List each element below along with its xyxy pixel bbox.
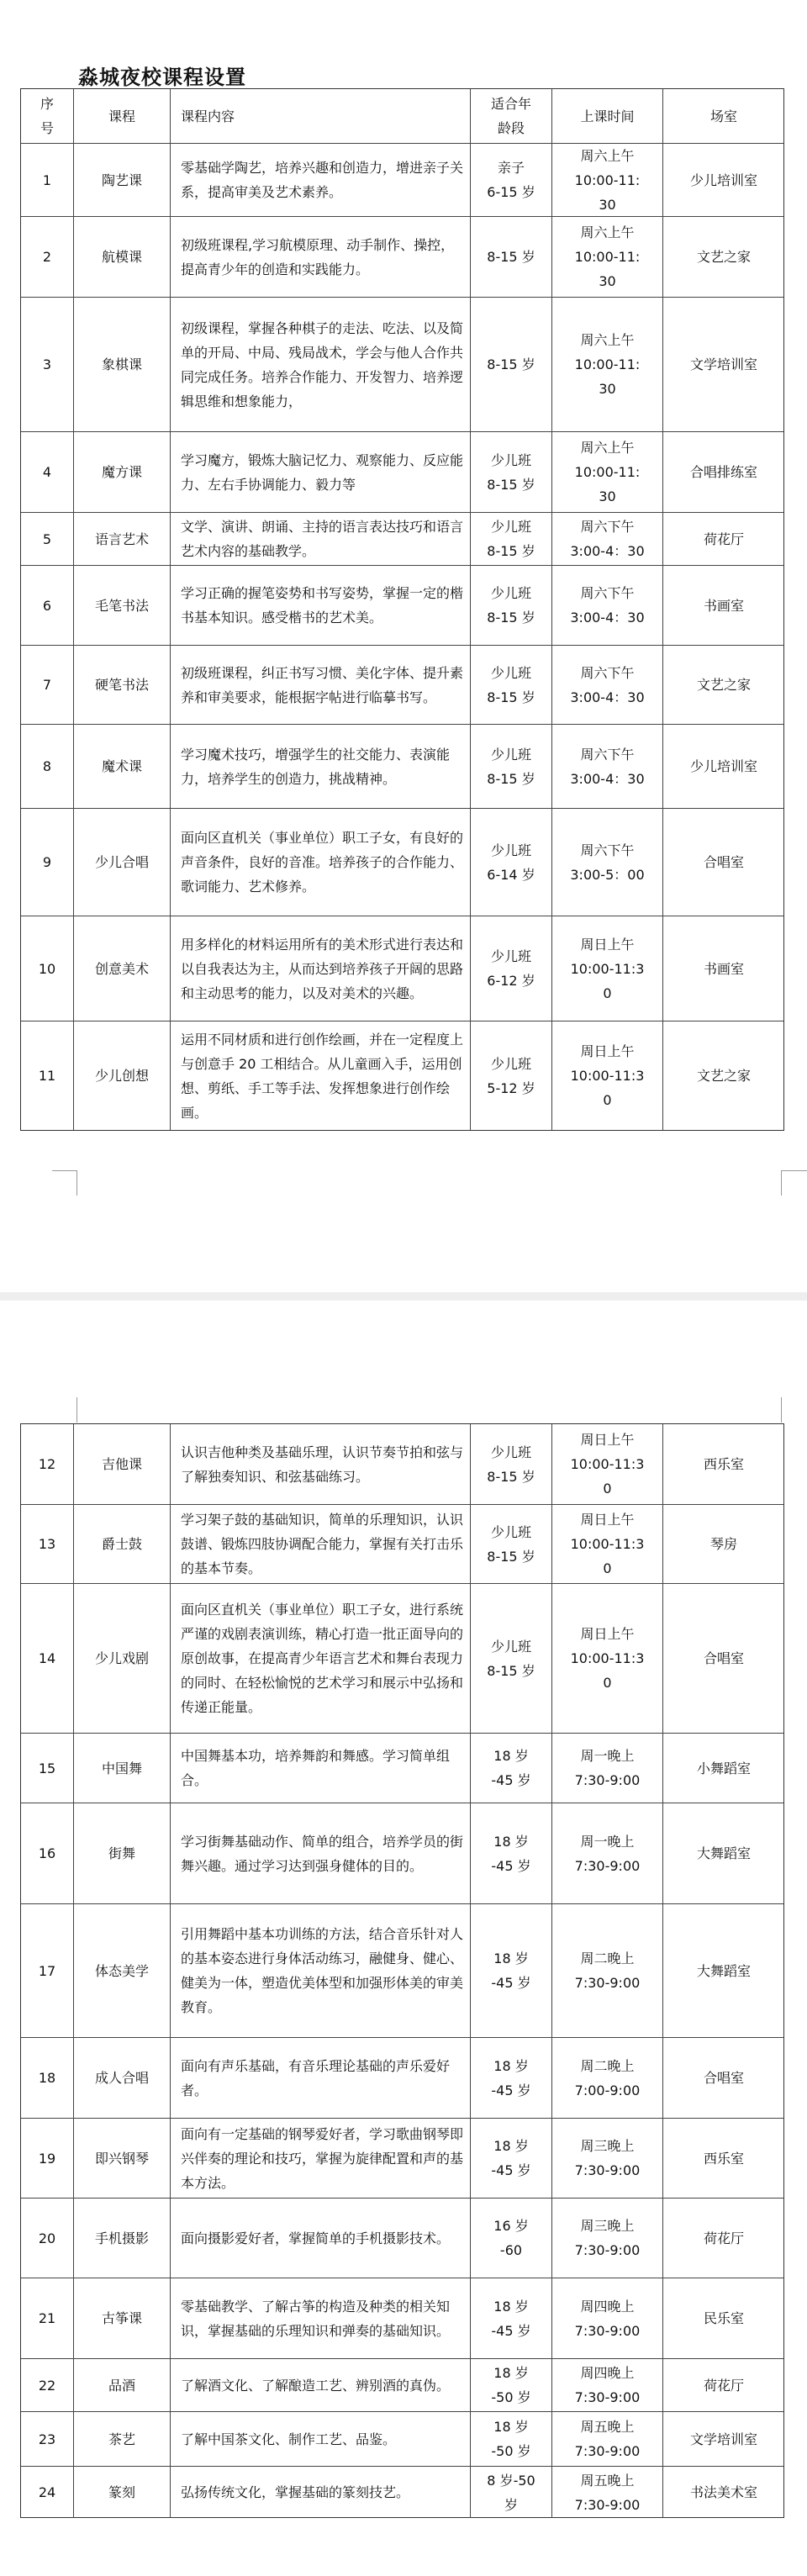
row-course: 魔术课 bbox=[73, 725, 170, 808]
row-index: 13 bbox=[21, 1505, 73, 1583]
page-break-separator bbox=[0, 1292, 807, 1301]
row-time: 周日上午 10:00-11:3 0 bbox=[551, 1021, 662, 1130]
row-course: 创意美术 bbox=[73, 916, 170, 1021]
row-index: 16 bbox=[21, 1803, 73, 1903]
row-room: 文学培训室 bbox=[662, 2412, 784, 2466]
row-room: 合唱室 bbox=[662, 809, 784, 916]
table-row: 1 陶艺课 零基础学陶艺，培养兴趣和创造力，增进亲子关系，提高审美及艺术素养。 … bbox=[21, 143, 783, 216]
row-content: 中国舞基本功，培养舞韵和舞感。学习简单组合。 bbox=[170, 1734, 470, 1803]
row-content: 零基础学陶艺，培养兴趣和创造力，增进亲子关系，提高审美及艺术素养。 bbox=[170, 144, 470, 216]
row-time: 周四晚上 7:30-9:00 bbox=[551, 2359, 662, 2411]
row-content: 引用舞蹈中基本功训练的方法，结合音乐针对人的基本姿态进行身体活动练习，融健身、健… bbox=[170, 1904, 470, 2037]
row-content: 了解中国茶文化、制作工艺、品鉴。 bbox=[170, 2412, 470, 2466]
row-age: 少儿班 8-15 岁 bbox=[470, 1505, 551, 1583]
table-row: 19 即兴钢琴 面向有一定基础的钢琴爱好者，学习歌曲钢琴即兴伴奏的理论和技巧，掌… bbox=[21, 2118, 783, 2198]
row-index: 12 bbox=[21, 1424, 73, 1504]
row-age: 少儿班 6-14 岁 bbox=[470, 809, 551, 916]
row-content: 初级课程，掌握各种棋子的走法、吃法、以及简单的开局、中局、残局战术，学会与他人合… bbox=[170, 298, 470, 431]
row-index: 22 bbox=[21, 2359, 73, 2411]
table-row: 14 少儿戏剧 面向区直机关（事业单位）职工子女，进行系统严谨的戏剧表演训练，精… bbox=[21, 1583, 783, 1733]
table-row: 17 体态美学 引用舞蹈中基本功训练的方法，结合音乐针对人的基本姿态进行身体活动… bbox=[21, 1903, 783, 2037]
table-row: 12 吉他课 认识吉他种类及基础乐理，认识节奏节拍和弦与了解独奏知识、和弦基础练… bbox=[21, 1424, 783, 1504]
row-age: 16 岁 -60 bbox=[470, 2199, 551, 2278]
row-index: 17 bbox=[21, 1904, 73, 2037]
row-content: 文学、演讲、朗诵、主持的语言表达技巧和语言艺术内容的基础教学。 bbox=[170, 513, 470, 565]
row-room: 荷花厅 bbox=[662, 513, 784, 565]
row-time: 周四晚上 7:30-9:00 bbox=[551, 2278, 662, 2358]
row-content: 学习街舞基础动作、简单的组合，培养学员的街舞兴趣。通过学习达到强身健体的目的。 bbox=[170, 1803, 470, 1903]
row-course: 少儿戏剧 bbox=[73, 1584, 170, 1733]
row-course: 航模课 bbox=[73, 217, 170, 297]
row-course: 语言艺术 bbox=[73, 513, 170, 565]
row-room: 书画室 bbox=[662, 916, 784, 1021]
row-index: 1 bbox=[21, 144, 73, 216]
header-course: 课程 bbox=[73, 89, 170, 143]
row-age: 少儿班 8-15 岁 bbox=[470, 566, 551, 645]
row-time: 周六上午 10:00-11: 30 bbox=[551, 144, 662, 216]
row-time: 周日上午 10:00-11:3 0 bbox=[551, 1424, 662, 1504]
row-content: 学习正确的握笔姿势和书写姿势，掌握一定的楷书基本知识。感受楷书的艺术美。 bbox=[170, 566, 470, 645]
row-index: 15 bbox=[21, 1734, 73, 1803]
row-course: 手机摄影 bbox=[73, 2199, 170, 2278]
row-index: 19 bbox=[21, 2119, 73, 2198]
header-room: 场室 bbox=[662, 89, 784, 143]
row-course: 品酒 bbox=[73, 2359, 170, 2411]
row-index: 4 bbox=[21, 432, 73, 512]
row-room: 合唱室 bbox=[662, 1584, 784, 1733]
row-room: 荷花厅 bbox=[662, 2199, 784, 2278]
row-content: 初级班课程，纠正书写习惯、美化字体、提升素养和审美要求，能根据字帖进行临摹书写。 bbox=[170, 646, 470, 724]
row-content: 运用不同材质和进行创作绘画，并在一定程度上与创意手 20 工相结合。从儿童画入手… bbox=[170, 1021, 470, 1130]
header-index: 序 号 bbox=[21, 89, 73, 143]
row-age: 18 岁 -45 岁 bbox=[470, 2278, 551, 2358]
page-corner-mark bbox=[52, 1397, 77, 1423]
row-index: 9 bbox=[21, 809, 73, 916]
row-content: 零基础教学、了解古筝的构造及种类的相关知识，掌握基础的乐理知识和弹奏的基础知识。 bbox=[170, 2278, 470, 2358]
row-course: 篆刻 bbox=[73, 2467, 170, 2518]
row-age: 少儿班 8-15 岁 bbox=[470, 1584, 551, 1733]
row-content: 认识吉他种类及基础乐理，认识节奏节拍和弦与了解独奏知识、和弦基础练习。 bbox=[170, 1424, 470, 1504]
page-title: 淼城夜校课程设置 bbox=[78, 61, 246, 90]
table-row: 21 古筝课 零基础教学、了解古筝的构造及种类的相关知识，掌握基础的乐理知识和弹… bbox=[21, 2278, 783, 2358]
table-row: 22 品酒 了解酒文化、了解酿造工艺、辨别酒的真伪。 18 岁 -50 岁 周四… bbox=[21, 2358, 783, 2411]
table-row: 2 航模课 初级班课程,学习航模原理、动手制作、操控，提高青少年的创造和实践能力… bbox=[21, 216, 783, 297]
row-age: 18 岁 -45 岁 bbox=[470, 2038, 551, 2118]
row-time: 周日上午 10:00-11:3 0 bbox=[551, 1505, 662, 1583]
row-age: 18 岁 -45 岁 bbox=[470, 2119, 551, 2198]
row-age: 少儿班 8-15 岁 bbox=[470, 646, 551, 724]
row-time: 周一晚上 7:30-9:00 bbox=[551, 1803, 662, 1903]
row-index: 20 bbox=[21, 2199, 73, 2278]
row-time: 周六上午 10:00-11: 30 bbox=[551, 217, 662, 297]
row-content: 了解酒文化、了解酿造工艺、辨别酒的真伪。 bbox=[170, 2359, 470, 2411]
row-time: 周二晚上 7:00-9:00 bbox=[551, 2038, 662, 2118]
row-room: 大舞蹈室 bbox=[662, 1803, 784, 1903]
row-content: 初级班课程,学习航模原理、动手制作、操控，提高青少年的创造和实践能力。 bbox=[170, 217, 470, 297]
page-corner-mark bbox=[781, 1397, 807, 1423]
row-room: 少儿培训室 bbox=[662, 144, 784, 216]
row-index: 18 bbox=[21, 2038, 73, 2118]
row-room: 书法美术室 bbox=[662, 2467, 784, 2518]
page-corner-mark bbox=[52, 1170, 77, 1196]
row-course: 吉他课 bbox=[73, 1424, 170, 1504]
row-course: 少儿创想 bbox=[73, 1021, 170, 1130]
table-header-row: 序 号 课程 课程内容 适合年 龄段 上课时间 场室 bbox=[21, 89, 783, 143]
row-room: 文艺之家 bbox=[662, 1021, 784, 1130]
row-time: 周日上午 10:00-11:3 0 bbox=[551, 1584, 662, 1733]
row-room: 合唱排练室 bbox=[662, 432, 784, 512]
row-course: 毛笔书法 bbox=[73, 566, 170, 645]
row-course: 成人合唱 bbox=[73, 2038, 170, 2118]
header-content: 课程内容 bbox=[170, 89, 470, 143]
row-age: 少儿班 8-15 岁 bbox=[470, 725, 551, 808]
course-table-page-2: 12 吉他课 认识吉他种类及基础乐理，认识节奏节拍和弦与了解独奏知识、和弦基础练… bbox=[20, 1423, 784, 2518]
header-age: 适合年 龄段 bbox=[470, 89, 551, 143]
row-course: 体态美学 bbox=[73, 1904, 170, 2037]
row-course: 少儿合唱 bbox=[73, 809, 170, 916]
row-course: 中国舞 bbox=[73, 1734, 170, 1803]
row-room: 合唱室 bbox=[662, 2038, 784, 2118]
row-room: 西乐室 bbox=[662, 1424, 784, 1504]
table-row: 9 少儿合唱 面向区直机关（事业单位）职工子女，有良好的声音条件，良好的音准。培… bbox=[21, 808, 783, 916]
row-course: 街舞 bbox=[73, 1803, 170, 1903]
table-row: 20 手机摄影 面向摄影爱好者，掌握简单的手机摄影技术。 16 岁 -60 周三… bbox=[21, 2198, 783, 2278]
row-content: 学习魔术技巧，增强学生的社交能力、表演能力，培养学生的创造力，挑战精神。 bbox=[170, 725, 470, 808]
table-row: 6 毛笔书法 学习正确的握笔姿势和书写姿势，掌握一定的楷书基本知识。感受楷书的艺… bbox=[21, 565, 783, 645]
row-age: 8-15 岁 bbox=[470, 298, 551, 431]
row-age: 少儿班 6-12 岁 bbox=[470, 916, 551, 1021]
table-row: 8 魔术课 学习魔术技巧，增强学生的社交能力、表演能力，培养学生的创造力，挑战精… bbox=[21, 724, 783, 808]
table-row: 3 象棋课 初级课程，掌握各种棋子的走法、吃法、以及简单的开局、中局、残局战术，… bbox=[21, 297, 783, 431]
row-index: 11 bbox=[21, 1021, 73, 1130]
row-course: 魔方课 bbox=[73, 432, 170, 512]
row-time: 周一晚上 7:30-9:00 bbox=[551, 1734, 662, 1803]
row-age: 18 岁 -45 岁 bbox=[470, 1734, 551, 1803]
row-content: 面向区直机关（事业单位）职工子女，进行系统严谨的戏剧表演训练，精心打造一批正面导… bbox=[170, 1584, 470, 1733]
row-time: 周六下午 3:00-4：30 bbox=[551, 725, 662, 808]
row-content: 面向区直机关（事业单位）职工子女，有良好的声音条件，良好的音准。培养孩子的合作能… bbox=[170, 809, 470, 916]
row-index: 2 bbox=[21, 217, 73, 297]
row-age: 8 岁-50 岁 bbox=[470, 2467, 551, 2518]
row-index: 24 bbox=[21, 2467, 73, 2518]
row-age: 亲子 6-15 岁 bbox=[470, 144, 551, 216]
row-content: 面向有一定基础的钢琴爱好者，学习歌曲钢琴即兴伴奏的理论和技巧，掌握为旋律配置和声… bbox=[170, 2119, 470, 2198]
row-content: 面向摄影爱好者，掌握简单的手机摄影技术。 bbox=[170, 2199, 470, 2278]
row-time: 周五晚上 7:30-9:00 bbox=[551, 2467, 662, 2518]
row-age: 8-15 岁 bbox=[470, 217, 551, 297]
row-time: 周二晚上 7:30-9:00 bbox=[551, 1904, 662, 2037]
row-course: 硬笔书法 bbox=[73, 646, 170, 724]
row-room: 民乐室 bbox=[662, 2278, 784, 2358]
row-time: 周六下午 3:00-4：30 bbox=[551, 513, 662, 565]
page-corner-mark bbox=[781, 1170, 807, 1196]
row-course: 即兴钢琴 bbox=[73, 2119, 170, 2198]
row-room: 少儿培训室 bbox=[662, 725, 784, 808]
table-row: 24 篆刻 弘扬传统文化，掌握基础的篆刻技艺。 8 岁-50 岁 周五晚上 7:… bbox=[21, 2466, 783, 2518]
row-index: 7 bbox=[21, 646, 73, 724]
table-row: 7 硬笔书法 初级班课程，纠正书写习惯、美化字体、提升素养和审美要求，能根据字帖… bbox=[21, 645, 783, 724]
row-time: 周日上午 10:00-11:3 0 bbox=[551, 916, 662, 1021]
table-row: 5 语言艺术 文学、演讲、朗诵、主持的语言表达技巧和语言艺术内容的基础教学。 少… bbox=[21, 512, 783, 565]
row-age: 18 岁 -50 岁 bbox=[470, 2359, 551, 2411]
row-index: 8 bbox=[21, 725, 73, 808]
row-index: 23 bbox=[21, 2412, 73, 2466]
row-room: 文艺之家 bbox=[662, 217, 784, 297]
table-row: 13 爵士鼓 学习架子鼓的基础知识，简单的乐理知识，认识鼓谱、锻炼四肢协调配合能… bbox=[21, 1504, 783, 1583]
table-row: 11 少儿创想 运用不同材质和进行创作绘画，并在一定程度上与创意手 20 工相结… bbox=[21, 1021, 783, 1130]
table-row: 4 魔方课 学习魔方，锻炼大脑记忆力、观察能力、反应能力、左右手协调能力、毅力等… bbox=[21, 431, 783, 512]
row-age: 少儿班 5-12 岁 bbox=[470, 1021, 551, 1130]
row-time: 周六上午 10:00-11: 30 bbox=[551, 432, 662, 512]
row-age: 18 岁 -45 岁 bbox=[470, 1904, 551, 2037]
row-index: 21 bbox=[21, 2278, 73, 2358]
row-time: 周五晚上 7:30-9:00 bbox=[551, 2412, 662, 2466]
row-time: 周六下午 3:00-4：30 bbox=[551, 646, 662, 724]
row-age: 18 岁 -45 岁 bbox=[470, 1803, 551, 1903]
row-course: 象棋课 bbox=[73, 298, 170, 431]
row-course: 茶艺 bbox=[73, 2412, 170, 2466]
table-row: 18 成人合唱 面向有声乐基础，有音乐理论基础的声乐爱好者。 18 岁 -45 … bbox=[21, 2037, 783, 2118]
row-age: 18 岁 -50 岁 bbox=[470, 2412, 551, 2466]
row-age: 少儿班 8-15 岁 bbox=[470, 432, 551, 512]
row-room: 小舞蹈室 bbox=[662, 1734, 784, 1803]
row-time: 周六下午 3:00-5：00 bbox=[551, 809, 662, 916]
table-row: 16 街舞 学习街舞基础动作、简单的组合，培养学员的街舞兴趣。通过学习达到强身健… bbox=[21, 1803, 783, 1903]
row-index: 10 bbox=[21, 916, 73, 1021]
row-content: 学习魔方，锻炼大脑记忆力、观察能力、反应能力、左右手协调能力、毅力等 bbox=[170, 432, 470, 512]
row-age: 少儿班 8-15 岁 bbox=[470, 513, 551, 565]
row-room: 琴房 bbox=[662, 1505, 784, 1583]
row-content: 面向有声乐基础，有音乐理论基础的声乐爱好者。 bbox=[170, 2038, 470, 2118]
header-time: 上课时间 bbox=[551, 89, 662, 143]
row-index: 6 bbox=[21, 566, 73, 645]
row-room: 书画室 bbox=[662, 566, 784, 645]
row-time: 周三晚上 7:30-9:00 bbox=[551, 2199, 662, 2278]
row-room: 文艺之家 bbox=[662, 646, 784, 724]
row-time: 周三晚上 7:30-9:00 bbox=[551, 2119, 662, 2198]
row-course: 爵士鼓 bbox=[73, 1505, 170, 1583]
row-course: 古筝课 bbox=[73, 2278, 170, 2358]
row-content: 用多样化的材料运用所有的美术形式进行表达和以自我表达为主，从而达到培养孩子开阔的… bbox=[170, 916, 470, 1021]
row-room: 文学培训室 bbox=[662, 298, 784, 431]
row-index: 5 bbox=[21, 513, 73, 565]
table-row: 10 创意美术 用多样化的材料运用所有的美术形式进行表达和以自我表达为主，从而达… bbox=[21, 916, 783, 1021]
row-time: 周六上午 10:00-11: 30 bbox=[551, 298, 662, 431]
row-room: 西乐室 bbox=[662, 2119, 784, 2198]
row-course: 陶艺课 bbox=[73, 144, 170, 216]
row-age: 少儿班 8-15 岁 bbox=[470, 1424, 551, 1504]
row-index: 3 bbox=[21, 298, 73, 431]
row-room: 荷花厅 bbox=[662, 2359, 784, 2411]
course-table-page-1: 序 号 课程 课程内容 适合年 龄段 上课时间 场室 1 陶艺课 零基础学陶艺，… bbox=[20, 88, 784, 1131]
table-row: 15 中国舞 中国舞基本功，培养舞韵和舞感。学习简单组合。 18 岁 -45 岁… bbox=[21, 1733, 783, 1803]
row-index: 14 bbox=[21, 1584, 73, 1733]
row-room: 大舞蹈室 bbox=[662, 1904, 784, 2037]
table-row: 23 茶艺 了解中国茶文化、制作工艺、品鉴。 18 岁 -50 岁 周五晚上 7… bbox=[21, 2411, 783, 2466]
row-content: 弘扬传统文化，掌握基础的篆刻技艺。 bbox=[170, 2467, 470, 2518]
row-content: 学习架子鼓的基础知识，简单的乐理知识，认识鼓谱、锻炼四肢协调配合能力，掌握有关打… bbox=[170, 1505, 470, 1583]
row-time: 周六下午 3:00-4：30 bbox=[551, 566, 662, 645]
